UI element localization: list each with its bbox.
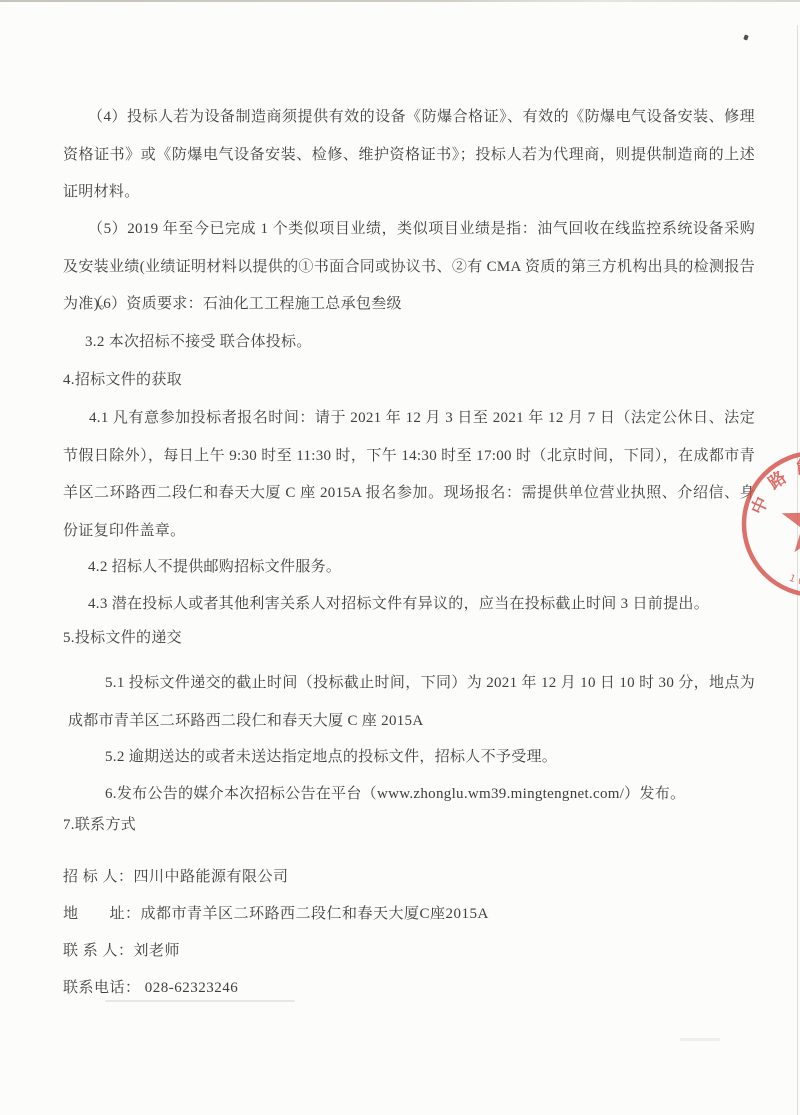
- section-7-heading: 7.联系方式: [63, 807, 755, 845]
- contact-phone: 联系电话： 028-62323246: [63, 977, 763, 999]
- scan-right-edge-line: [797, 25, 798, 1115]
- contact-address: 地 址：成都市青羊区二环路西二段仁和春天大厦C座2015A: [63, 903, 763, 925]
- clause-4-equipment-certificates: （4）投标人若为设备制造商须提供有效的设备《防爆合格证》、有效的《防爆电气设备安…: [63, 99, 755, 212]
- svg-text:10100: 10100: [787, 573, 800, 589]
- section-5-heading: 5.投标文件的递交: [63, 620, 755, 658]
- clause-4-3-objection: 4.3 潜在投标人或者其他利害关系人对招标文件有异议的，应当在投标截止时间 3 …: [63, 586, 755, 624]
- clause-5-1-deadline: 5.1 投标文件递交的截止时间（投标截止时间，下同）为 2021 年 12 月 …: [68, 665, 755, 740]
- contact-tenderee: 招 标 人：四川中路能源有限公司: [63, 866, 763, 888]
- ink-speck: [743, 34, 748, 40]
- seal-serial-number: 10100: [787, 573, 800, 589]
- scanned-document-page: （4）投标人若为设备制造商须提供有效的设备《防爆合格证》、有效的《防爆电气设备安…: [0, 0, 800, 1115]
- contact-person: 联 系 人：刘老师: [63, 940, 763, 962]
- clause-6-qualification-requirement: （6）资质要求：石油化工工程施工总承包叁级: [63, 286, 755, 324]
- section-4-heading: 4.招标文件的获取: [63, 362, 755, 400]
- clause-4-2-no-mail-order: 4.2 招标人不提供邮购招标文件服务。: [63, 549, 755, 587]
- clause-4-1-registration-time: 4.1 凡有意参加投标者报名时间：请于 2021 年 12 月 3 日至 202…: [63, 400, 755, 550]
- clause-5-2-late-delivery: 5.2 逾期送达的或者未送达指定地点的投标文件，招标人不予受理。: [63, 739, 755, 777]
- scan-smudge: [105, 1000, 295, 1002]
- scan-smudge: [680, 1038, 720, 1041]
- clause-3-2-no-consortium: 3.2 本次招标不接受 联合体投标。: [63, 324, 755, 362]
- scan-top-edge-line: [0, 0, 800, 2]
